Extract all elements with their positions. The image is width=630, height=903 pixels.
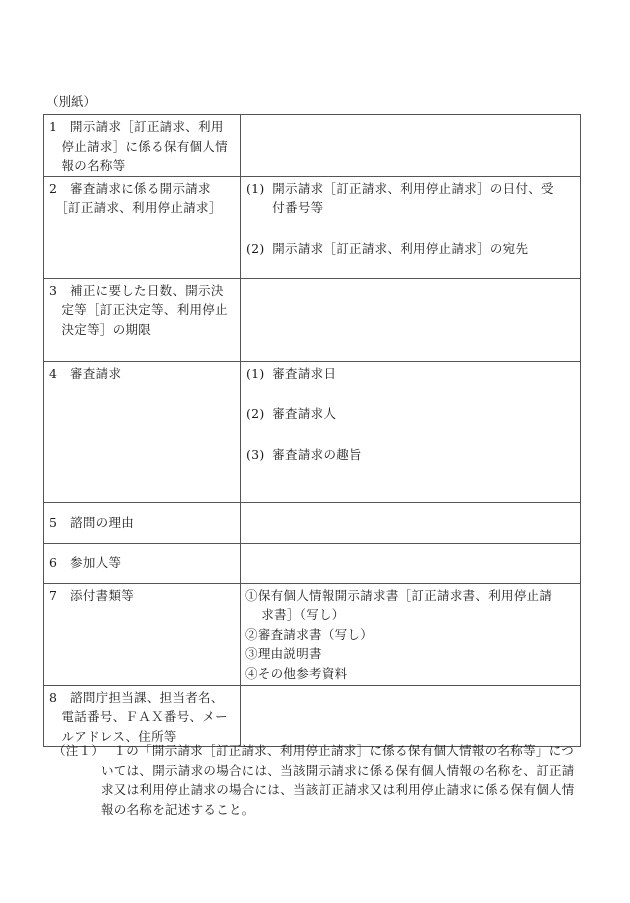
content-item: (3)審査請求の趣旨 <box>246 445 576 465</box>
table-row: 1 開示請求［訂正請求、利用 停止請求］に係る保有個人情 報の名称等 <box>44 115 581 177</box>
row-label-5: 5 諮問の理由 <box>44 502 241 543</box>
label-line: 停止請求］に係る保有個人情 <box>49 137 236 157</box>
row-content-6[interactable] <box>241 543 581 583</box>
item-text: 審査請求書（写し） <box>258 627 373 642</box>
content-item: ①保有個人情報開示請求書［訂正請求書、利用停止請 求書］（写し） <box>245 586 576 625</box>
row-label-7: 7 添付書類等 <box>44 583 241 685</box>
label-line: 3 補正に要した日数、開示決 <box>49 281 236 301</box>
item-marker: (2) <box>246 404 272 424</box>
label-line: 電話番号、ＦＡＸ番号、メー <box>49 707 236 727</box>
footnote: （注１） １の「開示請求［訂正請求、利用停止請求］に係る保有個人情報の名称等」に… <box>53 741 583 819</box>
item-text: 審査請求日 <box>272 366 336 381</box>
item-text: 保有個人情報開示請求書［訂正請求書、利用停止請 <box>258 588 552 603</box>
attachment-label: （別紙） <box>46 93 96 111</box>
item-marker: (1) <box>246 364 272 384</box>
label-line: ［訂正請求、利用停止請求］ <box>49 198 236 218</box>
item-text: 審査請求の趣旨 <box>272 447 362 462</box>
label-line: 5 諮問の理由 <box>49 513 236 533</box>
item-marker: ② <box>245 627 258 642</box>
table-row: 5 諮問の理由 <box>44 502 581 543</box>
table-row: 8 諮問庁担当課、担当者名、 電話番号、ＦＡＸ番号、メー ルアドレス、住所等 <box>44 685 581 747</box>
item-marker: (2) <box>246 239 272 259</box>
label-line: 1 開示請求［訂正請求、利用 <box>49 117 236 137</box>
item-text: 求書］（写し） <box>245 605 576 625</box>
item-text: 付番号等 <box>246 198 576 218</box>
content-item: (1)開示請求［訂正請求、利用停止請求］の日付、受 付番号等 <box>246 179 576 218</box>
row-content-4[interactable]: (1)審査請求日 (2)審査請求人 (3)審査請求の趣旨 <box>241 361 581 502</box>
item-text: 開示請求［訂正請求、利用停止請求］の日付、受 <box>272 181 554 196</box>
label-line: 7 添付書類等 <box>49 586 236 606</box>
label-line: 6 参加人等 <box>49 553 236 573</box>
item-marker: ③ <box>245 646 258 661</box>
footnote-text: １の「開示請求［訂正請求、利用停止請求］に係る保有個人情報の名称等」については、… <box>101 741 583 819</box>
label-line: 4 審査請求 <box>49 364 236 384</box>
footnote-tag: （注１） <box>53 741 101 819</box>
item-text: 理由説明書 <box>258 646 322 661</box>
content-item: (2)開示請求［訂正請求、利用停止請求］の宛先 <box>246 239 576 259</box>
row-content-5[interactable] <box>241 502 581 543</box>
table-row: 7 添付書類等 ①保有個人情報開示請求書［訂正請求書、利用停止請 求書］（写し）… <box>44 583 581 685</box>
content-item: ②審査請求書（写し） <box>245 625 576 645</box>
row-content-3[interactable] <box>241 278 581 361</box>
row-label-1: 1 開示請求［訂正請求、利用 停止請求］に係る保有個人情 報の名称等 <box>44 115 241 177</box>
row-label-2: 2 審査請求に係る開示請求 ［訂正請求、利用停止請求］ <box>44 176 241 278</box>
item-marker: (3) <box>246 445 272 465</box>
label-line: 報の名称等 <box>49 156 236 176</box>
table-row: 4 審査請求 (1)審査請求日 (2)審査請求人 (3)審査請求の趣旨 <box>44 361 581 502</box>
row-label-3: 3 補正に要した日数、開示決 定等［訂正決定等、利用停止 決定等］の期限 <box>44 278 241 361</box>
content-item: ④その他参考資料 <box>245 664 576 684</box>
submission-form-table: 1 開示請求［訂正請求、利用 停止請求］に係る保有個人情 報の名称等 2 審査請… <box>43 114 581 747</box>
label-line: 決定等］の期限 <box>49 320 236 340</box>
label-line: 定等［訂正決定等、利用停止 <box>49 300 236 320</box>
label-line: 2 審査請求に係る開示請求 <box>49 179 236 199</box>
label-line: 8 諮問庁担当課、担当者名、 <box>49 688 236 708</box>
content-item: ③理由説明書 <box>245 644 576 664</box>
item-text: その他参考資料 <box>258 666 348 681</box>
item-text: 開示請求［訂正請求、利用停止請求］の宛先 <box>272 241 528 256</box>
content-item: (1)審査請求日 <box>246 364 576 384</box>
row-content-1[interactable] <box>241 115 581 177</box>
content-item: (2)審査請求人 <box>246 404 576 424</box>
row-label-8: 8 諮問庁担当課、担当者名、 電話番号、ＦＡＸ番号、メー ルアドレス、住所等 <box>44 685 241 747</box>
row-label-6: 6 参加人等 <box>44 543 241 583</box>
row-content-8[interactable] <box>241 685 581 747</box>
item-marker: ④ <box>245 666 258 681</box>
row-label-4: 4 審査請求 <box>44 361 241 502</box>
table-row: 3 補正に要した日数、開示決 定等［訂正決定等、利用停止 決定等］の期限 <box>44 278 581 361</box>
table-row: 2 審査請求に係る開示請求 ［訂正請求、利用停止請求］ (1)開示請求［訂正請求… <box>44 176 581 278</box>
row-content-2[interactable]: (1)開示請求［訂正請求、利用停止請求］の日付、受 付番号等 (2)開示請求［訂… <box>241 176 581 278</box>
row-content-7[interactable]: ①保有個人情報開示請求書［訂正請求書、利用停止請 求書］（写し） ②審査請求書（… <box>241 583 581 685</box>
item-text: 審査請求人 <box>272 406 336 421</box>
item-marker: (1) <box>246 179 272 199</box>
item-marker: ① <box>245 588 258 603</box>
table-row: 6 参加人等 <box>44 543 581 583</box>
